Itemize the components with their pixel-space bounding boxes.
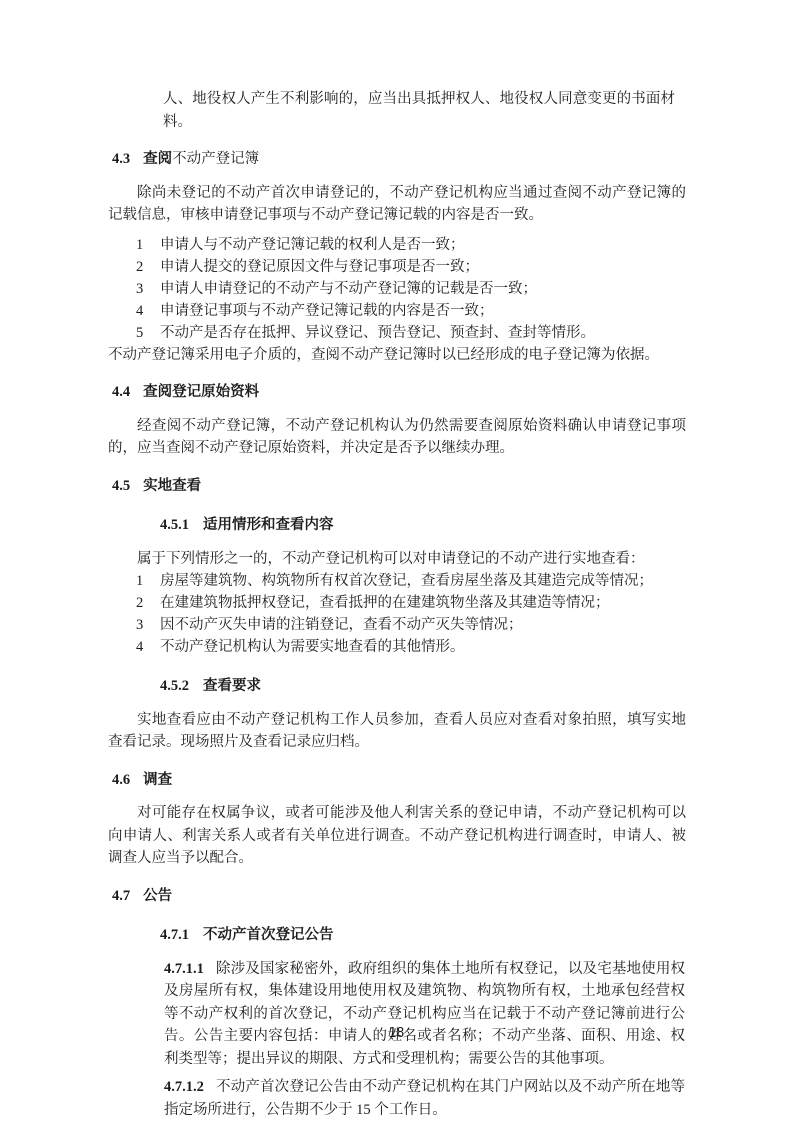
list-item: 2 在建建筑物抵押权登记，查看抵押的在建建筑物坐落及其建造等情况； <box>108 592 686 614</box>
list-item-text: 在建建筑物抵押权登记，查看抵押的在建建筑物坐落及其建造等情况； <box>160 592 686 614</box>
heading-4-5-title: 实地查看 <box>143 478 201 494</box>
heading-4-7-1-number: 4.7.1 <box>160 927 189 943</box>
list-item-text: 申请人提交的登记原因文件与登记事项是否一致； <box>160 256 686 278</box>
heading-4-6: 4.6调查 <box>112 769 686 792</box>
list-item: 1 申请人与不动产登记簿记载的权利人是否一致； <box>108 234 686 256</box>
list-item-text: 申请登记事项与不动产登记簿记载的内容是否一致； <box>160 300 686 322</box>
list-item-text: 房屋等建筑物、构筑物所有权首次登记，查看房屋坐落及其建造完成等情况； <box>160 570 686 592</box>
list-item-text: 不动产是否存在抵押、异议登记、预告登记、预查封、查封等情形。 <box>160 322 686 344</box>
paragraph-4-6: 对可能存在权属争议，或者可能涉及他人利害关系的登记申请，不动产登记机构可以向申请… <box>108 802 686 870</box>
list-item-number: 4 <box>136 300 160 322</box>
heading-4-6-number: 4.6 <box>112 772 130 788</box>
heading-4-3-number: 4.3 <box>112 151 130 167</box>
clause-4-7-1-2-text: 不动产首次登记公告由不动产登记机构在其门户网站以及不动产所在地等指定场所进行，公… <box>164 1079 685 1118</box>
document-content: 人、地役权人产生不利影响的，应当出具抵押权人、地役权人同意变更的书面材料。 4.… <box>108 88 686 1121</box>
heading-4-3-title-rest: 不动产登记簿 <box>172 151 259 167</box>
clause-4-7-1-1: 4.7.1.1除涉及国家秘密外，政府组织的集体土地所有权登记，以及宅基地使用权及… <box>164 958 685 1071</box>
list-item-number: 3 <box>136 278 160 300</box>
list-item-number: 5 <box>136 322 160 344</box>
list-item-number: 2 <box>136 592 160 614</box>
heading-4-7-1: 4.7.1不动产首次登记公告 <box>160 924 686 947</box>
clause-4-7-1-2-number: 4.7.1.2 <box>164 1079 204 1095</box>
list-item-text: 不动产登记机构认为需要实地查看的其他情形。 <box>160 636 686 658</box>
heading-4-7-1-title: 不动产首次登记公告 <box>203 927 334 943</box>
heading-4-4: 4.4查阅登记原始资料 <box>112 381 686 404</box>
heading-4-5: 4.5实地查看 <box>112 475 686 498</box>
list-item: 2 申请人提交的登记原因文件与登记事项是否一致； <box>108 256 686 278</box>
heading-4-5-2: 4.5.2查看要求 <box>160 675 686 698</box>
heading-4-5-2-title: 查看要求 <box>203 678 261 694</box>
paragraph-4-3-intro: 除尚未登记的不动产首次申请登记的，不动产登记机构应当通过查阅不动产登记簿的记载信… <box>108 182 686 227</box>
list-item: 1 房屋等建筑物、构筑物所有权首次登记，查看房屋坐落及其建造完成等情况； <box>108 570 686 592</box>
heading-4-4-title: 查阅登记原始资料 <box>143 384 259 400</box>
list-item: 3 申请人申请登记的不动产与不动产登记簿的记载是否一致； <box>108 278 686 300</box>
heading-4-7-number: 4.7 <box>112 888 130 904</box>
list-4-3: 1 申请人与不动产登记簿记载的权利人是否一致； 2 申请人提交的登记原因文件与登… <box>108 234 686 344</box>
list-item: 3 因不动产灭失申请的注销登记，查看不动产灭失等情况； <box>108 614 686 636</box>
list-item: 4 不动产登记机构认为需要实地查看的其他情形。 <box>108 636 686 658</box>
heading-4-6-title: 调查 <box>143 772 172 788</box>
heading-4-7-title: 公告 <box>143 888 172 904</box>
paragraph-4-4: 经查阅不动产登记簿，不动产登记机构认为仍然需要查阅原始资料确认申请登记事项的，应… <box>108 415 686 460</box>
heading-4-5-number: 4.5 <box>112 478 130 494</box>
heading-4-5-1-number: 4.5.1 <box>160 517 189 533</box>
list-item-number: 1 <box>136 570 160 592</box>
list-4-5-1: 1 房屋等建筑物、构筑物所有权首次登记，查看房屋坐落及其建造完成等情况； 2 在… <box>108 570 686 658</box>
continuation-paragraph: 人、地役权人产生不利影响的，应当出具抵押权人、地役权人同意变更的书面材料。 <box>163 88 675 133</box>
paragraph-4-5-1-intro: 属于下列情形之一的，不动产登记机构可以对申请登记的不动产进行实地查看： <box>108 548 686 571</box>
heading-4-5-1: 4.5.1适用情形和查看内容 <box>160 514 686 537</box>
document-page: 人、地役权人产生不利影响的，应当出具抵押权人、地役权人同意变更的书面材料。 4.… <box>0 0 793 1122</box>
heading-4-5-1-title: 适用情形和查看内容 <box>203 517 334 533</box>
clause-4-7-1-2: 4.7.1.2不动产首次登记公告由不动产登记机构在其门户网站以及不动产所在地等指… <box>164 1076 685 1121</box>
heading-4-3: 4.3查阅不动产登记簿 <box>112 148 686 171</box>
list-item-number: 1 <box>136 234 160 256</box>
list-item-number: 3 <box>136 614 160 636</box>
list-item: 5 不动产是否存在抵押、异议登记、预告登记、预查封、查封等情形。 <box>108 322 686 344</box>
page-number: 18 <box>0 1026 793 1041</box>
clause-4-7-1-1-text: 除涉及国家秘密外，政府组织的集体土地所有权登记，以及宅基地使用权及房屋所有权，集… <box>164 961 685 1067</box>
paragraph-4-3-closing: 不动产登记簿采用电子介质的，查阅不动产登记簿时以已经形成的电子登记簿为依据。 <box>108 344 686 367</box>
paragraph-4-5-2: 实地查看应由不动产登记机构工作人员参加，查看人员应对查看对象拍照，填写实地查看记… <box>108 709 686 754</box>
list-item-number: 4 <box>136 636 160 658</box>
list-item-text: 申请人申请登记的不动产与不动产登记簿的记载是否一致； <box>160 278 686 300</box>
heading-4-5-2-number: 4.5.2 <box>160 678 189 694</box>
list-item-text: 因不动产灭失申请的注销登记，查看不动产灭失等情况； <box>160 614 686 636</box>
heading-4-3-title-bold: 查阅 <box>143 151 172 167</box>
heading-4-4-number: 4.4 <box>112 384 130 400</box>
heading-4-7: 4.7公告 <box>112 885 686 908</box>
list-item: 4 申请登记事项与不动产登记簿记载的内容是否一致； <box>108 300 686 322</box>
list-item-number: 2 <box>136 256 160 278</box>
list-item-text: 申请人与不动产登记簿记载的权利人是否一致； <box>160 234 686 256</box>
clause-4-7-1-1-number: 4.7.1.1 <box>164 961 204 977</box>
